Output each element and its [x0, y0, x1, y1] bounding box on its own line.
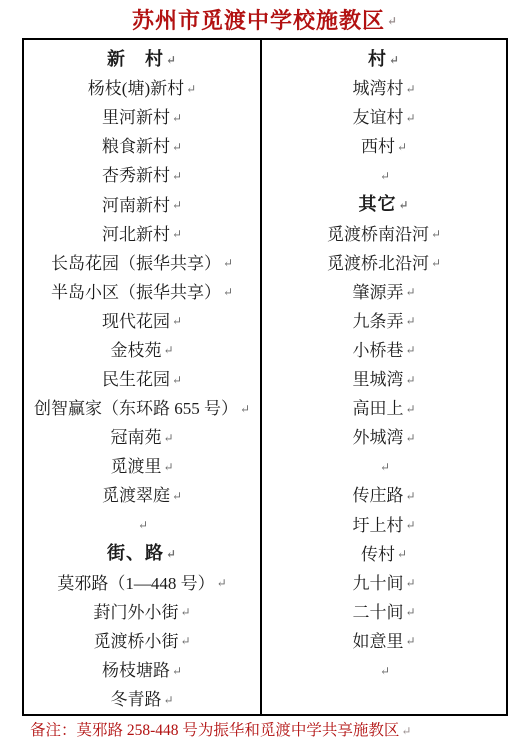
paragraph-mark-icon: ↵: [431, 257, 441, 269]
table-line-text: 杨枝塘路: [102, 656, 170, 681]
table-line-text: 高田上: [352, 394, 403, 419]
paragraph-mark-icon: ↵: [405, 112, 415, 124]
table-line-text: 杏秀新村: [102, 161, 170, 186]
paragraph-mark-icon: ↵: [172, 170, 182, 182]
paragraph-mark-icon: ↵: [217, 577, 227, 589]
table-line-text: 粮食新村: [102, 132, 170, 157]
page-title: 苏州市觅渡中学校施教区↵: [0, 0, 530, 38]
table-line-text: 现代花园: [102, 307, 170, 332]
page-title-text: 苏州市觅渡中学校施教区: [132, 4, 385, 35]
paragraph-mark-icon: ↵: [166, 54, 177, 66]
table-line-text: 觅渡里: [110, 452, 161, 477]
table-line: 冠南苑↵: [24, 421, 260, 450]
table-line-text: 莫邪路（1—448 号）: [57, 569, 214, 594]
paragraph-mark-icon: ↵: [405, 519, 415, 531]
table-line-text: 金枝苑: [110, 336, 161, 361]
paragraph-mark-icon: ↵: [405, 83, 415, 95]
table-line-text: 民生花园: [102, 365, 170, 390]
table-line: 现代花园↵: [24, 305, 260, 334]
table-line-text: 觅渡桥南沿河: [327, 220, 429, 245]
paragraph-mark-icon: ↵: [405, 490, 415, 502]
school-district-table: 新 村↵杨枝(塘)新村↵里河新村↵粮食新村↵杏秀新村↵河南新村↵河北新村↵长岛花…: [22, 38, 508, 716]
table-line: 觅渡里↵: [24, 450, 260, 479]
paragraph-mark-icon: ↵: [166, 548, 177, 560]
table-section-header: 村↵: [262, 43, 506, 72]
paragraph-mark-icon: ↵: [172, 141, 182, 153]
table-line: 杏秀新村↵: [24, 159, 260, 188]
table-line-text: 河南新村: [102, 191, 170, 216]
table-line: 友谊村↵: [262, 101, 506, 130]
table-line-text: 传村: [361, 540, 395, 565]
table-line-text: 城湾村: [352, 74, 403, 99]
table-line-text: 觅渡桥小街: [93, 627, 178, 652]
paragraph-mark-icon: ↵: [405, 315, 415, 327]
paragraph-mark-icon: ↵: [180, 635, 190, 647]
table-line: 里城湾↵: [262, 363, 506, 392]
table-line: 觅渡桥南沿河↵: [262, 218, 506, 247]
table-line: 河南新村↵: [24, 188, 260, 217]
table-line-text: 传庄路: [352, 481, 403, 506]
paragraph-mark-icon: ↵: [401, 725, 411, 737]
table-line: 觅渡翠庭↵: [24, 479, 260, 508]
paragraph-mark-icon: ↵: [186, 83, 196, 95]
table-line: 杨枝(塘)新村↵: [24, 72, 260, 101]
paragraph-mark-icon: ↵: [172, 374, 182, 386]
table-line: 城湾村↵: [262, 72, 506, 101]
paragraph-mark-icon: ↵: [387, 15, 398, 27]
paragraph-mark-icon: ↵: [138, 519, 148, 531]
paragraph-mark-icon: ↵: [405, 374, 415, 386]
table-line-text: 街、路: [107, 539, 164, 565]
paragraph-mark-icon: ↵: [405, 286, 415, 298]
table-line: 葑门外小街↵: [24, 596, 260, 625]
table-line: 河北新村↵: [24, 218, 260, 247]
table-blank-line: ↵: [262, 654, 506, 683]
table-line-text: 友谊村: [352, 103, 403, 128]
table-line-text: 村: [368, 45, 387, 71]
table-line: 如意里↵: [262, 625, 506, 654]
table-line: 民生花园↵: [24, 363, 260, 392]
table-line: 高田上↵: [262, 392, 506, 421]
table-blank-line: ↵: [262, 450, 506, 479]
table-section-header: 其它↵: [262, 188, 506, 217]
paragraph-mark-icon: ↵: [223, 286, 233, 298]
table-line-text: 如意里: [352, 627, 403, 652]
paragraph-mark-icon: ↵: [172, 665, 182, 677]
table-line: 长岛花园（振华共享）↵: [24, 247, 260, 276]
table-line-text: 里河新村: [102, 103, 170, 128]
table-line-text: 九条弄: [352, 307, 403, 332]
table-line: 传庄路↵: [262, 479, 506, 508]
paragraph-mark-icon: ↵: [163, 432, 173, 444]
table-blank-line: ↵: [24, 509, 260, 538]
paragraph-mark-icon: ↵: [398, 199, 409, 211]
paragraph-mark-icon: ↵: [172, 112, 182, 124]
table-line: 外城湾↵: [262, 421, 506, 450]
table-section-header: 街、路↵: [24, 538, 260, 567]
paragraph-mark-icon: ↵: [172, 490, 182, 502]
table-line-text: 冬青路: [110, 685, 161, 710]
table-line-text: 圩上村: [352, 511, 403, 536]
table-line: 肇源弄↵: [262, 276, 506, 305]
table-line-text: 二十间: [352, 598, 403, 623]
paragraph-mark-icon: ↵: [380, 461, 390, 473]
paragraph-mark-icon: ↵: [405, 606, 415, 618]
paragraph-mark-icon: ↵: [397, 141, 407, 153]
paragraph-mark-icon: ↵: [431, 228, 441, 240]
table-line-text: 小桥巷: [352, 336, 403, 361]
table-line-text: 西村: [361, 132, 395, 157]
table-line: 二十间↵: [262, 596, 506, 625]
table-line: 冬青路↵: [24, 683, 260, 712]
table-blank-line: ↵: [262, 159, 506, 188]
table-line-text: 创智赢家（东环路 655 号）: [34, 394, 238, 419]
table-line-text: 冠南苑: [110, 423, 161, 448]
table-line: 觅渡桥小街↵: [24, 625, 260, 654]
table-line-text: 里城湾: [352, 365, 403, 390]
paragraph-mark-icon: ↵: [405, 635, 415, 647]
table-line-text: 半岛小区（振华共享）: [51, 278, 221, 303]
table-line: 半岛小区（振华共享）↵: [24, 276, 260, 305]
table-section-header: 新 村↵: [24, 43, 260, 72]
footnote-text: 备注：莫邪路 258-448 号为振华和觅渡中学共享施教区: [30, 718, 399, 740]
paragraph-mark-icon: ↵: [405, 344, 415, 356]
paragraph-mark-icon: ↵: [163, 694, 173, 706]
table-line-text: 肇源弄: [352, 278, 403, 303]
paragraph-mark-icon: ↵: [380, 665, 390, 677]
paragraph-mark-icon: ↵: [240, 403, 250, 415]
paragraph-mark-icon: ↵: [223, 257, 233, 269]
paragraph-mark-icon: ↵: [172, 199, 182, 211]
table-line: 圩上村↵: [262, 509, 506, 538]
table-line-text: 九十间: [352, 569, 403, 594]
table-line-text: 长岛花园（振华共享）: [51, 249, 221, 274]
table-line-text: 觅渡翠庭: [102, 481, 170, 506]
paragraph-mark-icon: ↵: [163, 461, 173, 473]
footnote: 备注：莫邪路 258-448 号为振华和觅渡中学共享施教区↵: [0, 716, 530, 741]
table-line: 西村↵: [262, 130, 506, 159]
table-right-column-cell: 村↵城湾村↵友谊村↵西村↵↵其它↵觅渡桥南沿河↵觅渡桥北沿河↵肇源弄↵九条弄↵小…: [262, 40, 506, 714]
paragraph-mark-icon: ↵: [172, 228, 182, 240]
table-line: 小桥巷↵: [262, 334, 506, 363]
paragraph-mark-icon: ↵: [380, 170, 390, 182]
table-line: 觅渡桥北沿河↵: [262, 247, 506, 276]
paragraph-mark-icon: ↵: [405, 432, 415, 444]
paragraph-mark-icon: ↵: [405, 403, 415, 415]
document-page: 苏州市觅渡中学校施教区↵ 新 村↵杨枝(塘)新村↵里河新村↵粮食新村↵杏秀新村↵…: [0, 0, 530, 743]
paragraph-mark-icon: ↵: [397, 548, 407, 560]
table-left-column-cell: 新 村↵杨枝(塘)新村↵里河新村↵粮食新村↵杏秀新村↵河南新村↵河北新村↵长岛花…: [24, 40, 262, 714]
paragraph-mark-icon: ↵: [389, 54, 400, 66]
table-line-text: 杨枝(塘)新村: [88, 74, 184, 99]
table-line: 九条弄↵: [262, 305, 506, 334]
paragraph-mark-icon: ↵: [163, 344, 173, 356]
table-line-text: 觅渡桥北沿河: [327, 249, 429, 274]
table-line: 里河新村↵: [24, 101, 260, 130]
table-line: 杨枝塘路↵: [24, 654, 260, 683]
paragraph-mark-icon: ↵: [180, 606, 190, 618]
table-line-text: 河北新村: [102, 220, 170, 245]
table-line-text: 外城湾: [352, 423, 403, 448]
paragraph-mark-icon: ↵: [172, 315, 182, 327]
table-line-text: 葑门外小街: [93, 598, 178, 623]
table-line: 创智赢家（东环路 655 号）↵: [24, 392, 260, 421]
table-line: 粮食新村↵: [24, 130, 260, 159]
table-line-text: 新 村: [107, 45, 164, 71]
table-line: 金枝苑↵: [24, 334, 260, 363]
table-line: 九十间↵: [262, 567, 506, 596]
table-line: 莫邪路（1—448 号）↵: [24, 567, 260, 596]
table-line: 传村↵: [262, 538, 506, 567]
table-line-text: 其它: [358, 190, 396, 216]
paragraph-mark-icon: ↵: [405, 577, 415, 589]
